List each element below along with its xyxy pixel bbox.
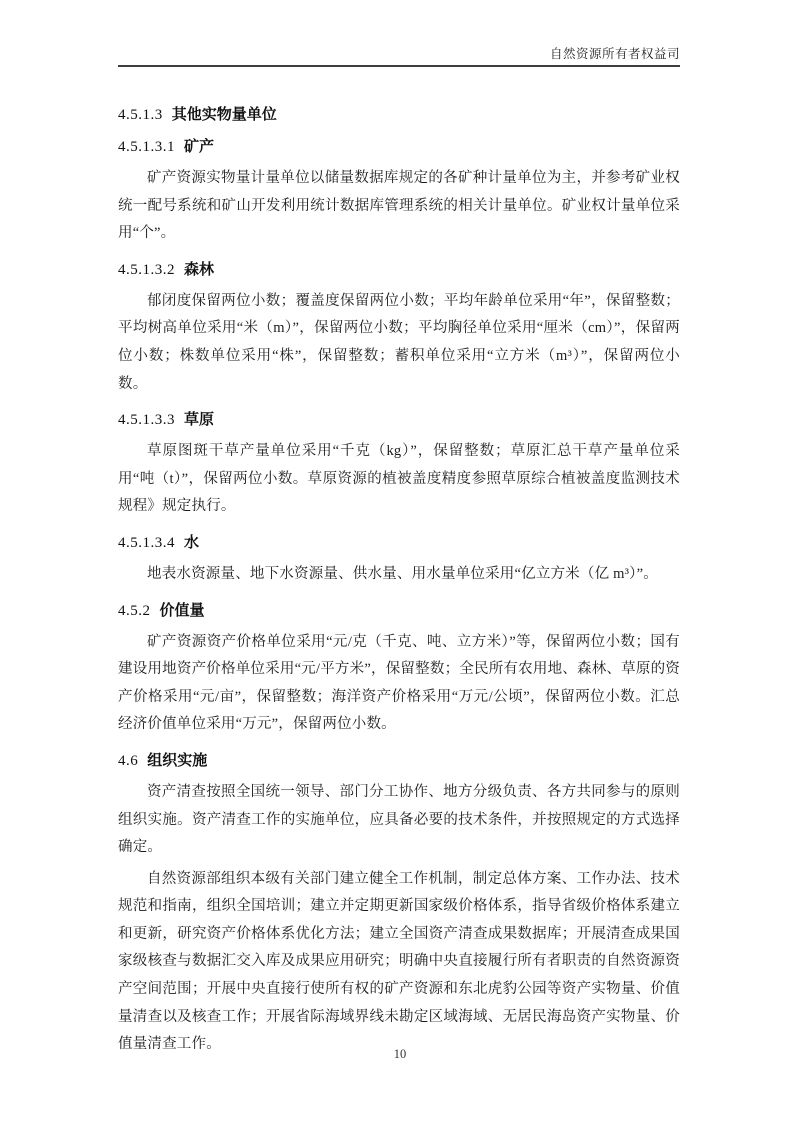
heading-number: 4.5.1.3.2 (118, 262, 175, 278)
page-footer: 10 (0, 1046, 800, 1062)
document-page: 自然资源所有者权益司 4.5.1.3其他实物量单位 4.5.1.3.1矿产 矿产… (0, 0, 800, 1132)
heading-4-5-1-3-1: 4.5.1.3.1矿产 (118, 137, 680, 157)
heading-4-5-1-3-4: 4.5.1.3.4水 (118, 533, 680, 553)
heading-number: 4.5.1.3 (118, 107, 163, 123)
heading-title: 组织实施 (147, 752, 207, 769)
paragraph-water-units: 地表水资源量、地下水资源量、供水量、用水量单位采用“亿立方米（亿 m³）”。 (118, 561, 680, 589)
paragraph-organization-2: 自然资源部组织本级有关部门建立健全工作机制，制定总体方案、工作办法、技术规范和指… (118, 866, 680, 1059)
paragraph-mineral-units: 矿产资源实物量计量单位以储量数据库规定的各矿种计量单位为主，并参考矿业权统一配号… (118, 165, 680, 248)
heading-number: 4.5.1.3.4 (118, 535, 175, 551)
heading-number: 4.6 (118, 753, 138, 769)
heading-title: 其他实物量单位 (172, 106, 277, 123)
heading-title: 价值量 (160, 602, 205, 619)
paragraph-grassland-units: 草原图斑干草产量单位采用“千克（kg）”，保留整数；草原汇总干草产量单位采用“吨… (118, 438, 680, 521)
heading-number: 4.5.1.3.3 (118, 412, 175, 428)
heading-4-5-1-3: 4.5.1.3其他实物量单位 (118, 105, 680, 125)
heading-4-5-2: 4.5.2价值量 (118, 601, 680, 621)
heading-title: 草原 (184, 411, 214, 428)
paragraph-forest-units: 郁闭度保留两位小数；覆盖度保留两位小数；平均年龄单位采用“年”，保留整数；平均树… (118, 288, 680, 398)
heading-4-5-1-3-2: 4.5.1.3.2森林 (118, 260, 680, 280)
document-content: 4.5.1.3其他实物量单位 4.5.1.3.1矿产 矿产资源实物量计量单位以储… (118, 67, 680, 1063)
heading-title: 矿产 (184, 138, 214, 155)
page-number: 10 (394, 1047, 407, 1061)
heading-title: 森林 (184, 261, 214, 278)
page-header: 自然资源所有者权益司 (118, 0, 680, 67)
paragraph-value-units: 矿产资源资产价格单位采用“元/克（千克、吨、立方米）”等，保留两位小数；国有建设… (118, 629, 680, 739)
heading-title: 水 (184, 534, 199, 551)
heading-4-5-1-3-3: 4.5.1.3.3草原 (118, 410, 680, 430)
paragraph-organization-1: 资产清查按照全国统一领导、部门分工协作、地方分级负责、各方共同参与的原则组织实施… (118, 779, 680, 862)
heading-number: 4.5.1.3.1 (118, 139, 175, 155)
header-department-label: 自然资源所有者权益司 (550, 47, 680, 61)
heading-number: 4.5.2 (118, 603, 151, 619)
heading-4-6: 4.6组织实施 (118, 751, 680, 771)
